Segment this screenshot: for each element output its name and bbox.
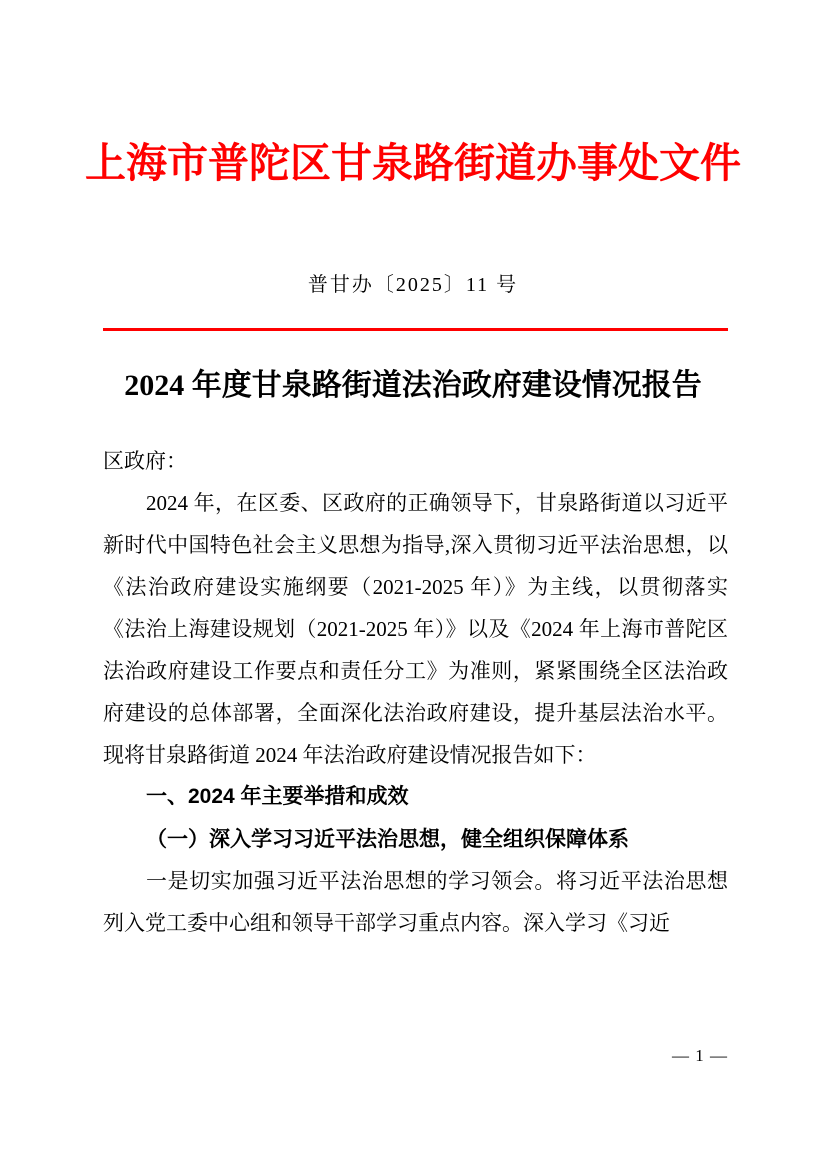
page-number: — 1 — [672, 1044, 728, 1068]
section-heading: 一、2024 年主要举措和成效 [103, 776, 728, 818]
document-page: 上海市普陀区甘泉路街道办事处文件 普甘办〔2025〕11 号 2024 年度甘泉… [0, 0, 826, 1169]
document-number: 普甘办〔2025〕11 号 [0, 270, 826, 300]
document-title: 2024 年度甘泉路街道法治政府建设情况报告 [0, 366, 826, 406]
body-paragraph-2: 一是切实加强习近平法治思想的学习领会。将习近平法治思想列入党工委中心组和领导干部… [103, 860, 728, 944]
salutation: 区政府： [103, 440, 728, 482]
body-paragraph-1: 2024 年，在区委、区政府的正确领导下，甘泉路街道以习近平新时代中国特色社会主… [103, 482, 728, 776]
red-divider-line [103, 328, 728, 331]
document-body: 区政府： 2024 年，在区委、区政府的正确领导下，甘泉路街道以习近平新时代中国… [103, 440, 728, 944]
subsection-heading: （一）深入学习习近平法治思想，健全组织保障体系 [103, 818, 728, 860]
red-header-org-title: 上海市普陀区甘泉路街道办事处文件 [0, 138, 826, 188]
